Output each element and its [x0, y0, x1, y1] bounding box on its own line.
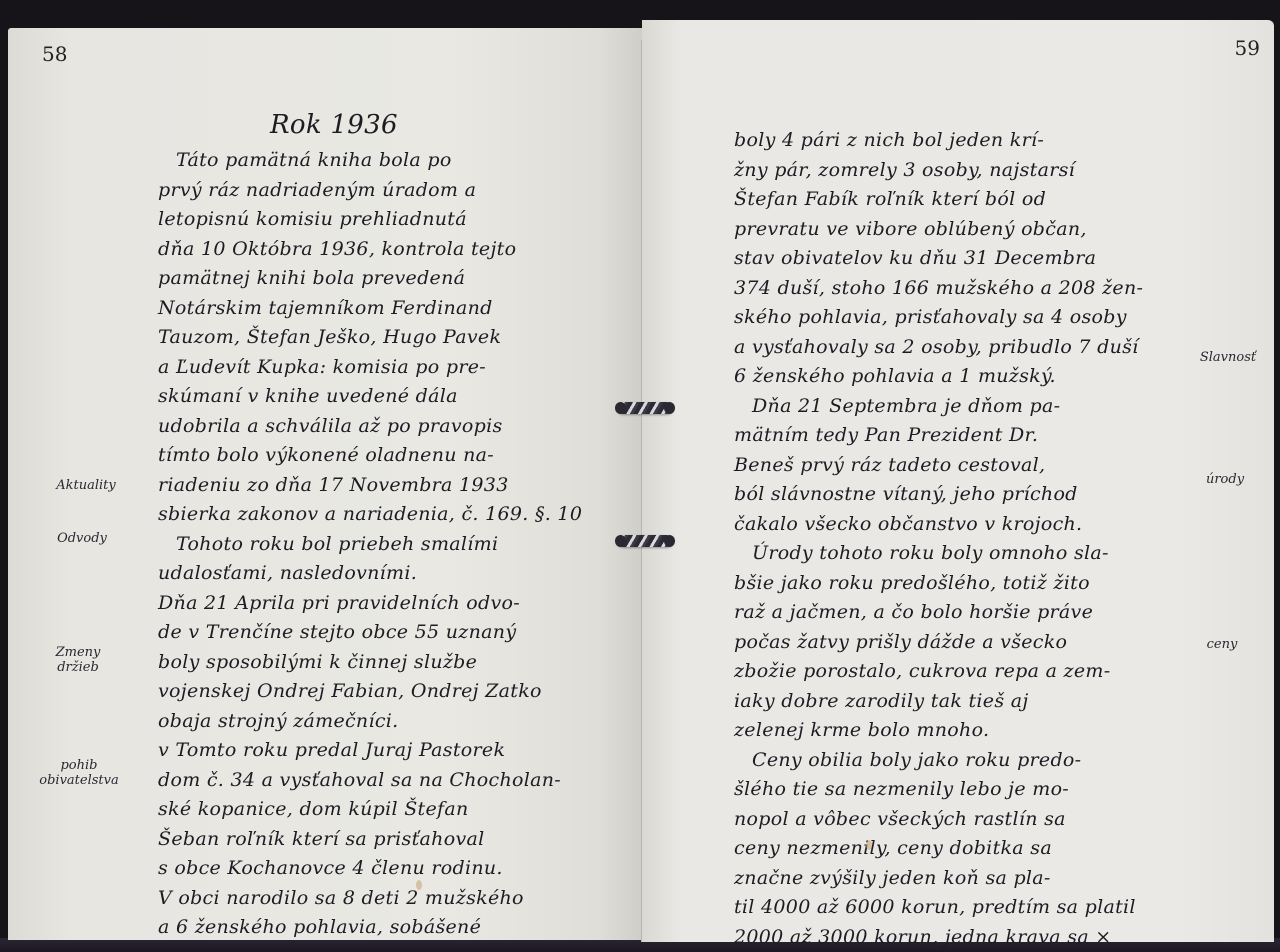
text-line: dom č. 34 a vysťahoval sa na Chocholan-	[158, 766, 582, 796]
margin-note-zmeny-drzieb: Zmeny držieb	[48, 645, 108, 675]
text-line: bšie jako roku predošlého, totiž žito	[734, 569, 1143, 599]
text-line: sbierka zakonov a nariadenia, č. 169. §.…	[158, 500, 582, 530]
text-line: de v Trenčíne stejto obce 55 uznaný	[158, 618, 582, 648]
book-spread: 58 Rok 1936 Táto pamätná kniha bola po p…	[0, 0, 1280, 952]
text-line: ceny nezmenily, ceny dobitka sa	[734, 834, 1143, 864]
text-line: čakalo všecko občanstvo v krojoch.	[734, 510, 1143, 540]
text-line: stav obivatelov ku dňu 31 Decembra	[734, 244, 1143, 274]
text-line: Šeban roľník kterí sa prisťahoval	[158, 825, 582, 855]
text-line: riadeniu zo dňa 17 Novembra 1933	[158, 471, 582, 501]
text-line: nopol a vôbec všeckých rastlín sa	[734, 805, 1143, 835]
margin-note-slavnost: Slavnosť	[1188, 350, 1268, 365]
text-line: udalosťami, nasledovními.	[158, 559, 582, 589]
text-line: mätním tedy Pan Prezident Dr.	[734, 421, 1143, 451]
text-line: ból slávnostne vítaný, jeho príchod	[734, 480, 1143, 510]
text-line: pamätnej knihi bola prevedená	[158, 264, 582, 294]
text-line: značne zvýšily jeden koň sa pla-	[734, 864, 1143, 894]
margin-note-odvody: Odvody	[42, 531, 122, 546]
text-line: Táto pamätná kniha bola po	[158, 146, 582, 176]
right-page-text: boly 4 pári z nich bol jeden krí- žny pá…	[734, 126, 1143, 952]
text-line: obaja strojný zámečníci.	[158, 707, 582, 737]
text-line: prevratu ve vibore oblúbený občan,	[734, 215, 1143, 245]
text-line: zbožie porostalo, cukrova repa a zem-	[734, 657, 1143, 687]
text-line: boly sposobilými k činnej službe	[158, 648, 582, 678]
binding-thread-bottom	[617, 535, 673, 547]
text-line: Úrody tohoto roku boly omnoho sla-	[734, 539, 1143, 569]
left-page-text: Táto pamätná kniha bola po prvý ráz nadr…	[158, 146, 582, 943]
text-line: žny pár, zomrely 3 osoby, najstarsí	[734, 156, 1143, 186]
text-line: V obci narodilo sa 8 deti 2 mužského	[158, 884, 582, 914]
text-line: Beneš prvý ráz tadeto cestoval,	[734, 451, 1143, 481]
text-line: ského pohlavia, prisťahovaly sa 4 osoby	[734, 303, 1143, 333]
text-line: Dňa 21 Aprila pri pravidelních odvo-	[158, 589, 582, 619]
page-number-right: 59	[1235, 36, 1260, 60]
text-line: Ceny obilia boly jako roku predo-	[734, 746, 1143, 776]
margin-note-ceny: ceny	[1192, 637, 1252, 652]
right-page: 59 boly 4 pári z nich bol jeden krí- žny…	[642, 20, 1274, 942]
text-line: skúmaní v knihe uvedené dála	[158, 382, 582, 412]
text-line: udobrila a schválila až po pravopis	[158, 412, 582, 442]
text-line: iaky dobre zarodily tak tieš aj	[734, 687, 1143, 717]
text-line: Dňa 21 Septembra je dňom pa-	[734, 392, 1143, 422]
page-title: Rok 1936	[270, 110, 398, 140]
text-line: tímto bolo výkonené oladnenu na-	[158, 441, 582, 471]
text-line: dňa 10 Októbra 1936, kontrola tejto	[158, 235, 582, 265]
paper-stain	[866, 840, 872, 850]
text-line: boly 4 pári z nich bol jeden krí-	[734, 126, 1143, 156]
text-line: Tauzom, Štefan Ješko, Hugo Pavek	[158, 323, 582, 353]
binding-thread-top	[617, 402, 673, 414]
text-line: šlého tie sa nezmenily lebo je mo-	[734, 775, 1143, 805]
text-line: til 4000 až 6000 korun, predtím sa plati…	[734, 893, 1143, 923]
margin-note-pohyb-obyvatelstva: pohib obivatelstva	[34, 758, 124, 788]
text-line: vojenskej Ondrej Fabian, Ondrej Zatko	[158, 677, 582, 707]
left-page: 58 Rok 1936 Táto pamätná kniha bola po p…	[8, 28, 642, 940]
text-line: letopisnú komisiu prehliadnutá	[158, 205, 582, 235]
text-line: Tohoto roku bol priebeh smalími	[158, 530, 582, 560]
margin-note-aktuality: Aktuality	[46, 478, 126, 493]
text-line: raž a jačmen, a čo bolo horšie práve	[734, 598, 1143, 628]
text-line: 2000 až 3000 korun, jedna krava sa ×	[734, 923, 1143, 952]
text-line: počas žatvy prišly dážde a všecko	[734, 628, 1143, 658]
text-line: a Ľudevít Kupka: komisia po pre-	[158, 353, 582, 383]
page-number-left: 58	[42, 42, 67, 66]
text-line: s obce Kochanovce 4 členu rodinu.	[158, 854, 582, 884]
text-line: v Tomto roku predal Juraj Pastorek	[158, 736, 582, 766]
text-line: Notárskim tajemníkom Ferdinand	[158, 294, 582, 324]
text-line: 6 ženského pohlavia a 1 mužský.	[734, 362, 1143, 392]
paper-stain	[416, 880, 422, 890]
text-line: Štefan Fabík roľník kterí ból od	[734, 185, 1143, 215]
text-line: prvý ráz nadriadeným úradom a	[158, 176, 582, 206]
margin-note-urody: úrody	[1190, 472, 1260, 487]
text-line: ské kopanice, dom kúpil Štefan	[158, 795, 582, 825]
text-line: a vysťahovaly sa 2 osoby, pribudlo 7 duš…	[734, 333, 1143, 363]
text-line: zelenej krme bolo mnoho.	[734, 716, 1143, 746]
text-line: 374 duší, stoho 166 mužského a 208 žen-	[734, 274, 1143, 304]
text-line: a 6 ženského pohlavia, sobášené	[158, 913, 582, 943]
